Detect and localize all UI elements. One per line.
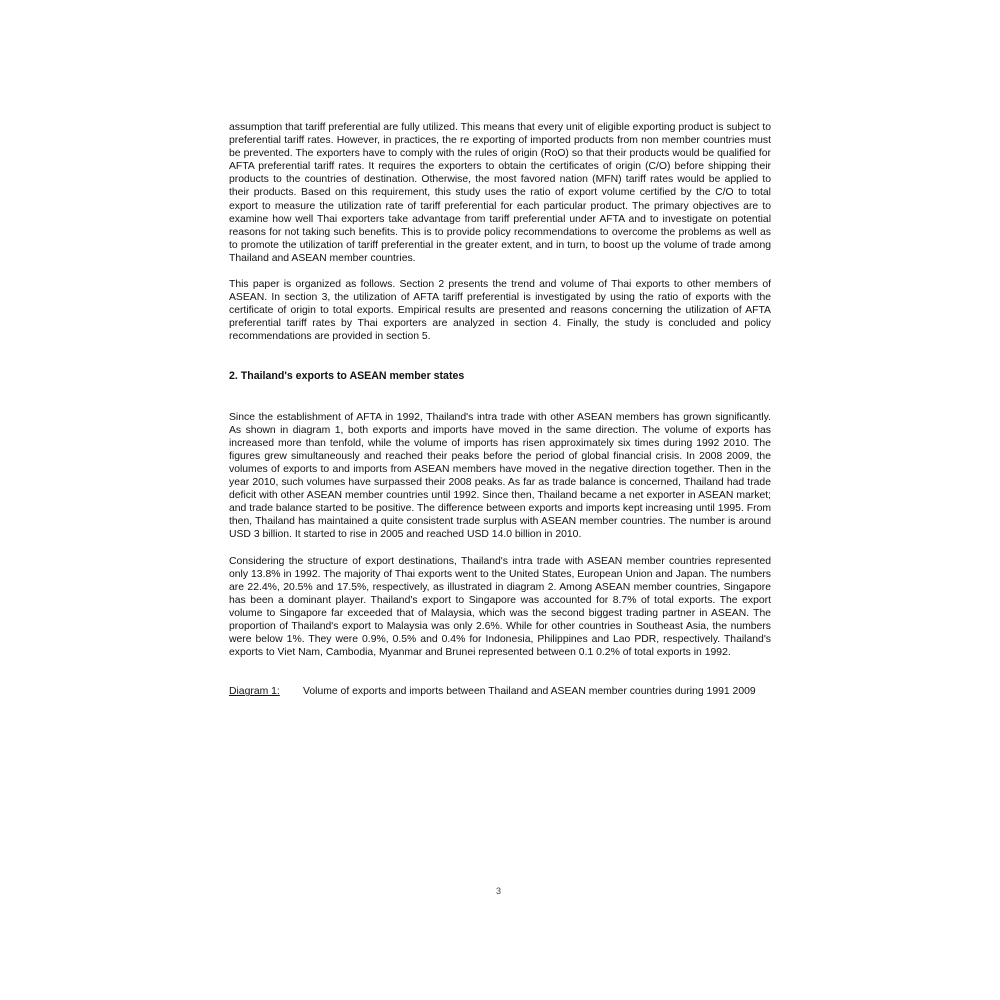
document-page: assumption that tariff preferential are …: [229, 121, 771, 698]
caption-label: Diagram 1:: [229, 685, 303, 698]
diagram-caption: Diagram 1: Volume of exports and imports…: [229, 685, 771, 698]
paragraph-section-1: Since the establishment of AFTA in 1992,…: [229, 411, 771, 542]
section-heading: 2. Thailand's exports to ASEAN member st…: [229, 370, 771, 383]
paragraph-intro-2: This paper is organized as follows. Sect…: [229, 278, 771, 343]
page-number: 3: [496, 886, 501, 896]
paragraph-section-2: Considering the structure of export dest…: [229, 555, 771, 660]
caption-text: Volume of exports and imports between Th…: [303, 685, 771, 698]
paragraph-intro-1: assumption that tariff preferential are …: [229, 121, 771, 265]
